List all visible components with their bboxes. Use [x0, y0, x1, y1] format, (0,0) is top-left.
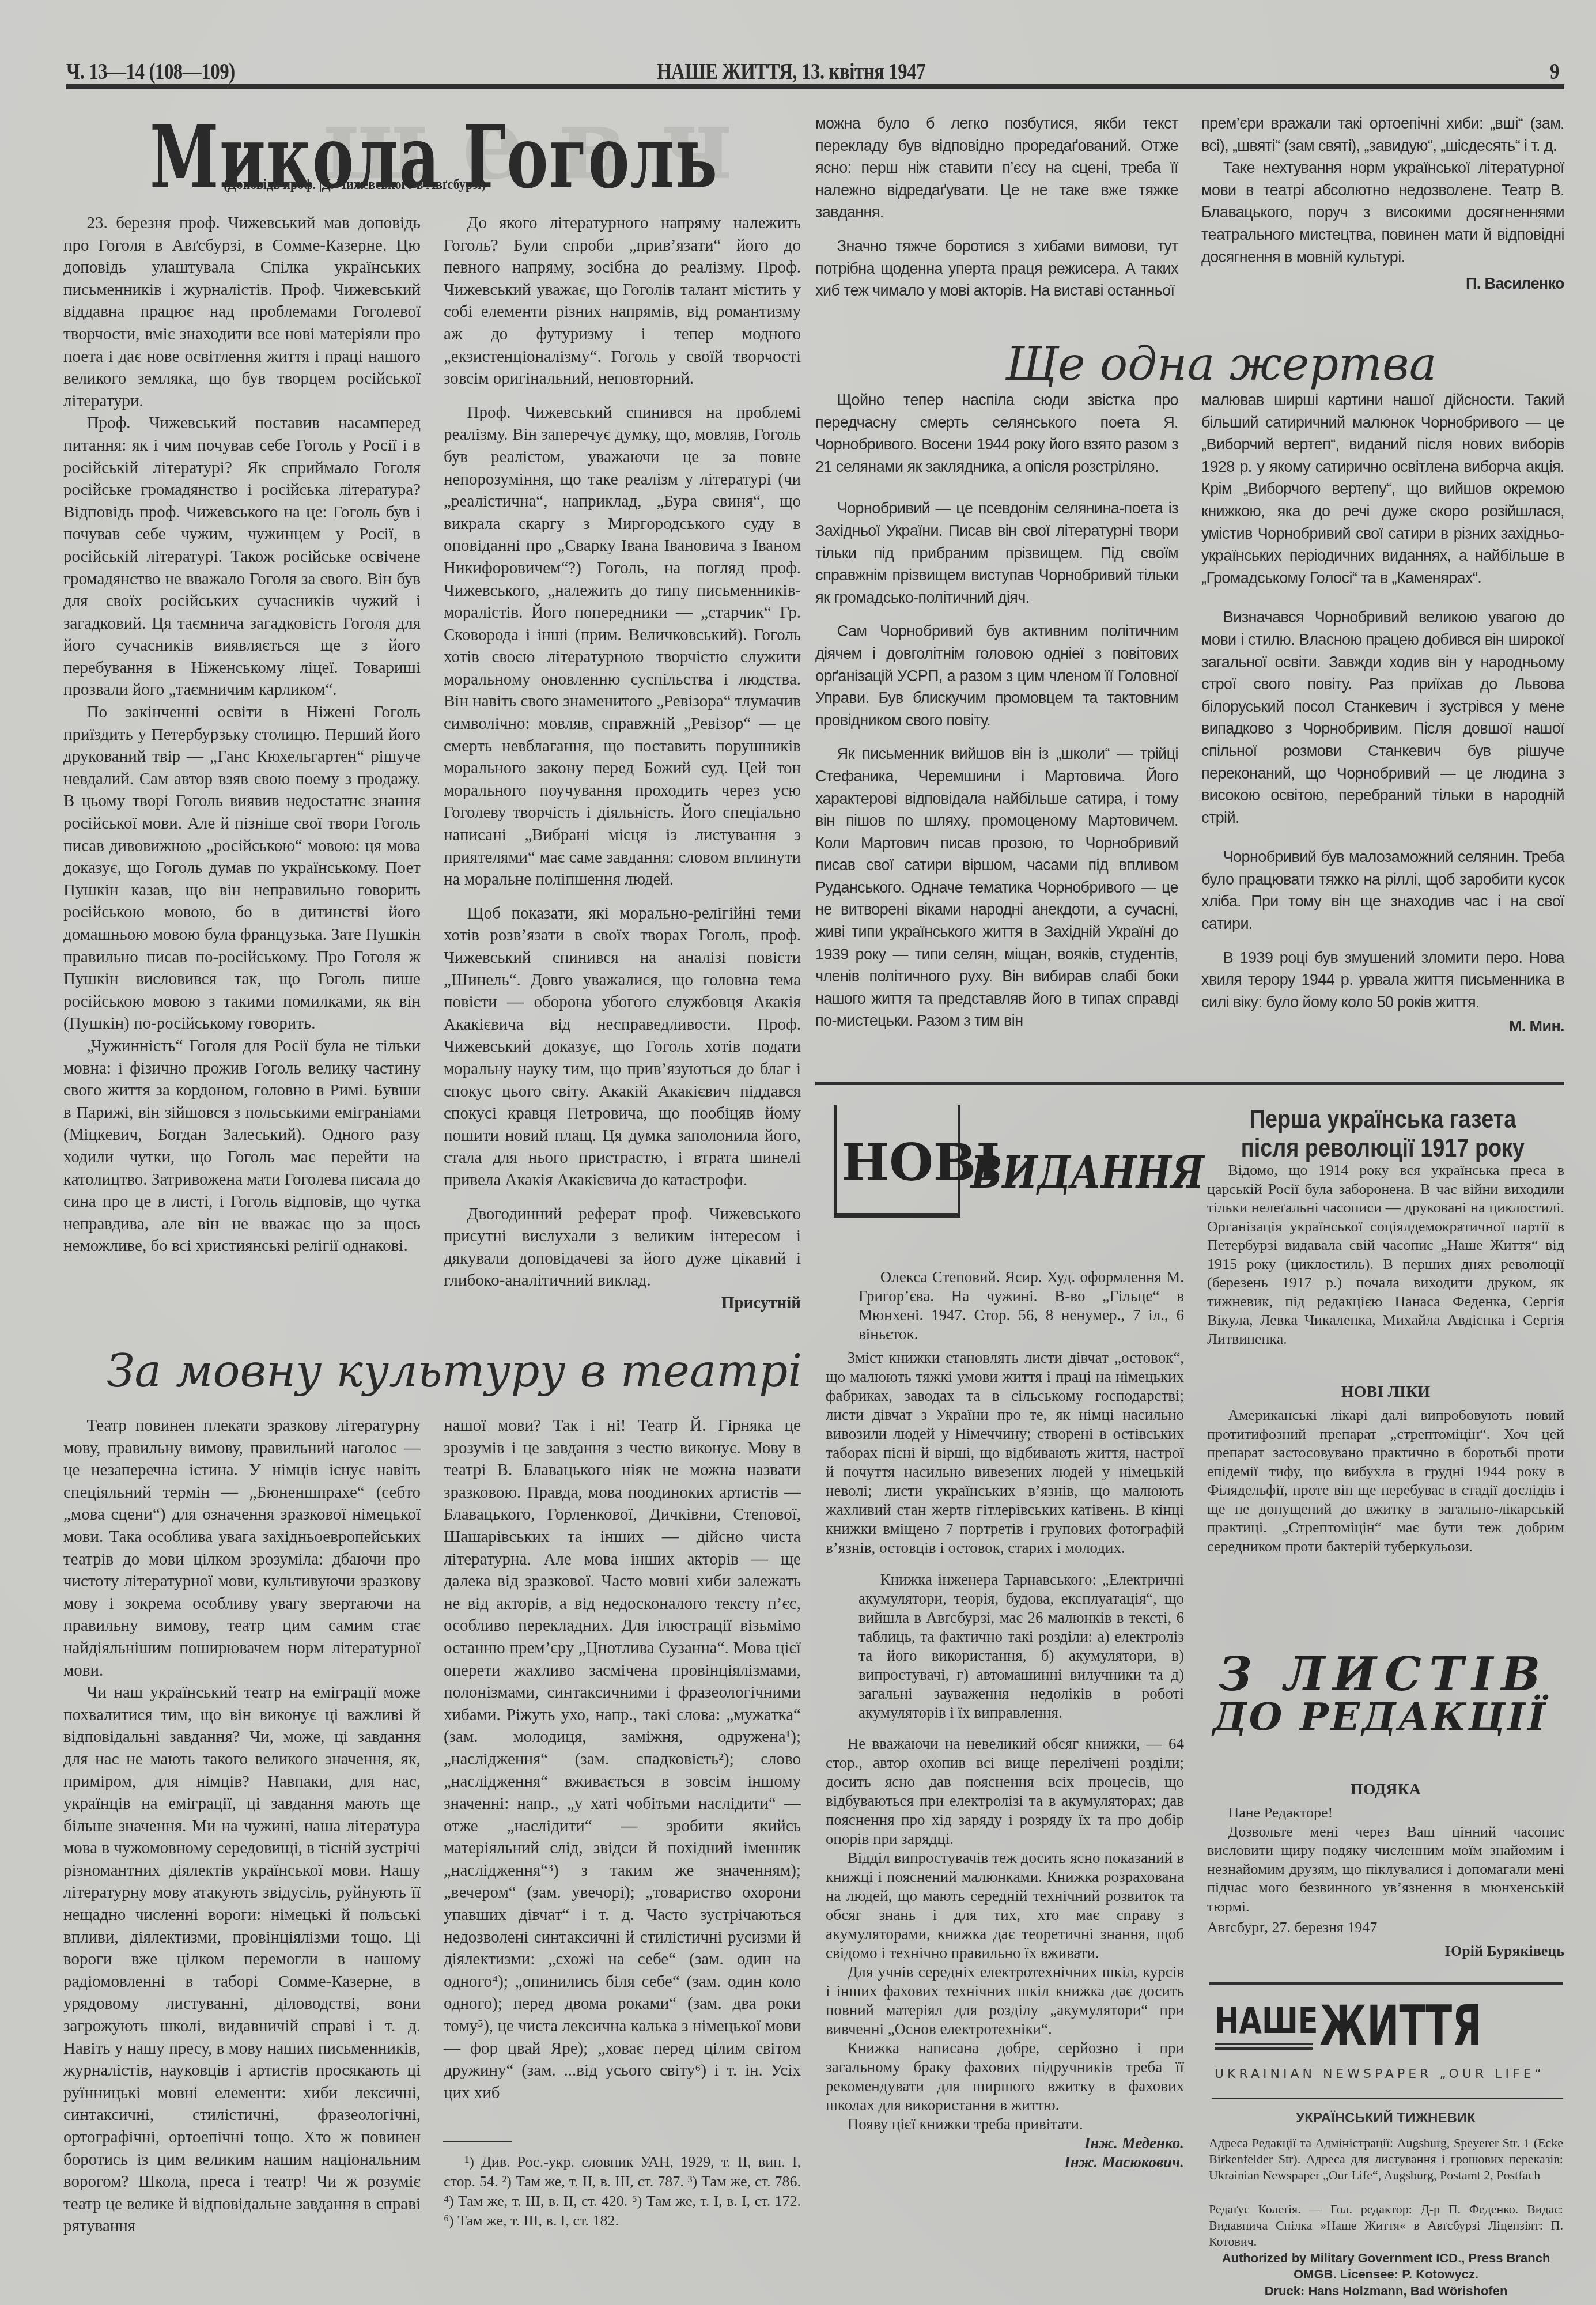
paragraph: Двогодинний реферат проф. Чижевського пр… — [444, 1203, 801, 1292]
masthead-english: UKRAINIAN NEWSPAPER „OUR LIFE“ — [1215, 2067, 1545, 2081]
signature: М. Мин. — [1201, 1015, 1564, 1038]
new-editions-logo-word2: ВИДАННЯ — [971, 1147, 1204, 1198]
theatre-footnotes: ¹) Див. Рос.-укр. словник УАН, 1929, т. … — [444, 2152, 801, 2231]
paragraph: Значно тяжче боротися з хибами вимови, т… — [815, 235, 1178, 302]
theatre-column-3: можна було б легко позбутися, якби текст… — [815, 112, 1178, 302]
theatre-column-1: Театр повинен плекати зразкову літератур… — [63, 1415, 421, 2238]
headline-line-2: після революції 1917 року — [1227, 1134, 1539, 1163]
newspaper-title-date: НАШЕ ЖИТТЯ, 13. квітня 1947 — [657, 58, 925, 85]
theatre-column-4: прем’єри вражали такі ортоепічні хиби: „… — [1201, 112, 1564, 295]
paragraph: Відділ випростувачів теж досить ясно пок… — [826, 1849, 1184, 1963]
footnotes-text: ¹) Див. Рос.-укр. словник УАН, 1929, т. … — [444, 2152, 801, 2231]
citation: Книжка інженера Тарнавського: „Електричн… — [858, 1570, 1184, 1722]
gogol-column-1: 23. березня проф. Чижевський мав доповід… — [63, 212, 421, 1257]
paragraph: Появу цієї книжки треба привітати. — [826, 2115, 1184, 2134]
paragraph: Не вважаючи на невеликий обсяг книжки, —… — [826, 1735, 1184, 1849]
paragraph: Театр повинен плекати зразкову літератур… — [63, 1415, 421, 1681]
paragraph: Американські лікарі далі випробовують но… — [1207, 1406, 1564, 1556]
signature: Присутній — [444, 1292, 801, 1314]
paragraph: малював ширші картини нашої дійсности. Т… — [1201, 389, 1564, 589]
letters-logo-line2: ДО РЕДАКЦІЇ — [1213, 1694, 1548, 1739]
letters-logo-line1: З ЛИСТІВ — [1219, 1647, 1548, 1701]
gogol-subtitle: (Доповідь проф. |Д. Чижевського в Авґсбу… — [224, 176, 486, 193]
header-rule — [66, 84, 1564, 89]
issue-number: Ч. 13—14 (108—109) — [66, 58, 235, 85]
masthead-top-rule — [1209, 1982, 1563, 1985]
paragraph: Книжка написана добре, серйозно і при за… — [826, 2039, 1184, 2115]
paragraph: „Чужинність“ Гоголя для Росії була не ті… — [63, 1035, 421, 1257]
signature: Інж. Меденко. — [826, 2134, 1184, 2153]
masthead-underline-2 — [1215, 2047, 1313, 2050]
gogol-column-2: До якого літературного напряму належить … — [444, 212, 801, 1314]
victim-headline: Ще одна жертва — [1005, 337, 1436, 391]
first-newspaper-headline: Перша українська газета після революції … — [1227, 1105, 1539, 1163]
book1-review: Зміст книжки становлять листи дівчат „ос… — [826, 1348, 1184, 1558]
citation: Олекса Степовий. Ясир. Худ. оформлення М… — [858, 1268, 1184, 1344]
salutation: Пане Редакторе! — [1207, 1804, 1564, 1823]
paragraph: Чи наш український театр на еміграції мо… — [63, 1681, 421, 2238]
page-number: 9 — [1550, 58, 1559, 85]
paragraph: Проф. Чижевський спинився на проблемі ре… — [444, 402, 801, 891]
imprint-authorization: Authorized by Military Government ICD., … — [1209, 2250, 1563, 2283]
paragraph: нашої мови? Так і ні! Театр Й. Гірняка ц… — [444, 1415, 801, 2104]
paragraph: Визначався Чорнобривий великою увагою до… — [1201, 606, 1564, 829]
imprint-address: Адреса Редакції та Адміністрації: Augsbu… — [1209, 2135, 1563, 2183]
first-newspaper-body: Відомо, що 1914 року вся українська прес… — [1207, 1161, 1564, 1348]
victim-column-2: малював ширші картини нашої дійсности. Т… — [1201, 389, 1564, 1038]
victim-column-1: Щойно тепер наспіла сюди звістка про пер… — [815, 389, 1178, 1032]
paragraph: До якого літературного напряму належить … — [444, 212, 801, 390]
paragraph: Щоб показати, які морально-релігійні тем… — [444, 902, 801, 1192]
new-medicine-heading: НОВІ ЛІКИ — [1207, 1383, 1564, 1401]
imprint-printer: Druck: Hans Holzmann, Bad Wörishofen — [1209, 2283, 1563, 2299]
signature: Юрій Буряківець — [1207, 1942, 1564, 1961]
book1-citation: Олекса Степовий. Ясир. Худ. оформлення М… — [858, 1268, 1184, 1344]
book2-review: Не вважаючи на невеликий обсяг книжки, —… — [826, 1735, 1184, 2172]
paragraph: По закінченні освіти в Ніжені Гоголь при… — [63, 701, 421, 1035]
masthead-word2: ЖИТТЯ — [1319, 1994, 1482, 2058]
book2-citation: Книжка інженера Тарнавського: „Електричн… — [858, 1570, 1184, 1722]
paragraph: Сам Чорнобривий був активним політичним … — [815, 620, 1178, 731]
signature: П. Василенко — [1201, 273, 1564, 295]
section-divider — [815, 1082, 1564, 1085]
paragraph: Чорнобривий був малозаможний селянин. Тр… — [1201, 846, 1564, 935]
paragraph: можна було б легко позбутися, якби текст… — [815, 112, 1178, 224]
paragraph: Зміст книжки становлять листи дівчат „ос… — [826, 1348, 1184, 1558]
theatre-column-2: нашої мови? Так і ні! Театр Й. Гірняка ц… — [444, 1415, 801, 2104]
paragraph: Дозвольте мені через Ваш цінний часопис … — [1207, 1823, 1564, 1917]
imprint-editorial: Редаґує Колеґія. — Гол. редактор: Д-р П.… — [1209, 2201, 1563, 2250]
paragraph: Щойно тепер наспіла сюди звістка про пер… — [815, 389, 1178, 478]
paragraph: Відомо, що 1914 року вся українська прес… — [1207, 1161, 1564, 1348]
paragraph: Як письменник вийшов він із „школи“ — тр… — [815, 743, 1178, 1032]
headline-line-1: Перша українська газета — [1227, 1105, 1539, 1134]
paragraph: Для учнів середніх електротехнічних шкіл… — [826, 1963, 1184, 2039]
masthead-word1: НАШЕ — [1215, 2000, 1318, 2042]
masthead-bottom-rule — [1212, 2098, 1563, 2099]
masthead-underline-1 — [1215, 2043, 1313, 2045]
paragraph: 23. березня проф. Чижевський мав доповід… — [63, 212, 421, 412]
paragraph: Таке нехтування норм української літерат… — [1201, 157, 1564, 268]
paragraph: Проф. Чижевський поставив насамперед пит… — [63, 412, 421, 701]
paragraph: прем’єри вражали такі ортоепічні хиби: „… — [1201, 112, 1564, 157]
thanks-heading: ПОДЯКА — [1207, 1781, 1564, 1799]
paragraph: В 1939 році був змушений зломити перо. Н… — [1201, 947, 1564, 1014]
letter-body: Пане Редакторе! Дозвольте мені через Ваш… — [1207, 1804, 1564, 1960]
paragraph: Чорнобривий — це псевдонім селянина-поет… — [815, 497, 1178, 609]
signature: Інж. Масюкович. — [826, 2153, 1184, 2172]
place-date: Авґсбурґ, 27. березня 1947 — [1207, 1918, 1564, 1937]
theatre-headline: За мовну культуру в театрі — [107, 1346, 802, 1397]
weekly-subtitle: УКРАЇНСЬКИЙ ТИЖНЕВИК — [1207, 2110, 1564, 2126]
footnote-rule — [443, 2141, 512, 2142]
new-medicine-body: Американські лікарі далі випробовують но… — [1207, 1406, 1564, 1556]
